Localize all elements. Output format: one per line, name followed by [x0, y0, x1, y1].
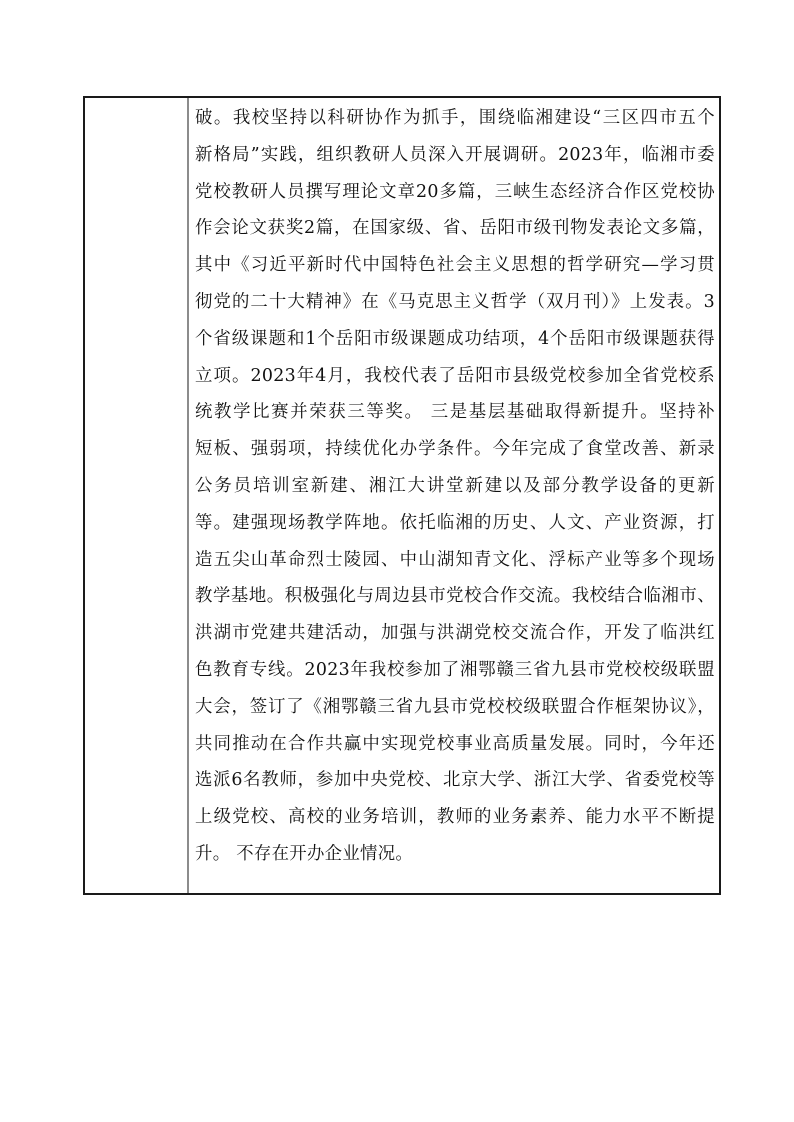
body-line: 公务员培训室新建、湘江大讲堂新建以及部分教学设备的更新 [195, 468, 715, 505]
body-line: 破。我校坚持以科研协作为抓手，围绕临湘建设“三区四市五个 [195, 100, 715, 137]
body-line: 共同推动在合作共赢中实现党校事业高质量发展。同时，今年还 [195, 726, 715, 763]
body-line: 大会，签订了《湘鄂赣三省九县市党校校级联盟合作框架协议》， [195, 689, 715, 726]
body-line: 色教育专线。2023年我校参加了湘鄂赣三省九县市党校校级联盟 [195, 652, 715, 689]
body-line: 彻党的二十大精神》在《马克思主义哲学（双月刊）》上发表。3 [195, 284, 715, 321]
content-cell: 破。我校坚持以科研协作为抓手，围绕临湘建设“三区四市五个 新格局”实践，组织教研… [189, 98, 719, 893]
body-line: 洪湖市党建共建活动，加强与洪湖党校交流合作，开发了临洪红 [195, 615, 715, 652]
body-line: 等。建强现场教学阵地。依托临湘的历史、人文、产业资源，打 [195, 505, 715, 542]
body-line: 作会论文获奖2篇，在国家级、省、岳阳市级刊物发表论文多篇， [195, 210, 715, 247]
label-cell [85, 98, 189, 893]
body-line-final: 升。 不存在开办企业情况。 [195, 836, 715, 873]
body-line: 选派6名教师，参加中央党校、北京大学、浙江大学、省委党校等 [195, 762, 715, 799]
body-line: 统教学比赛并荣获三等奖。 三是基层基础取得新提升。坚持补 [195, 394, 715, 431]
body-line: 造五尖山革命烈士陵园、中山湖知青文化、浮标产业等多个现场 [195, 542, 715, 579]
body-line: 新格局”实践，组织教研人员深入开展调研。2023年，临湘市委 [195, 137, 715, 174]
body-line: 党校教研人员撰写理论文章20多篇，三峡生态经济合作区党校协 [195, 174, 715, 211]
report-table: 破。我校坚持以科研协作为抓手，围绕临湘建设“三区四市五个 新格局”实践，组织教研… [83, 96, 721, 895]
body-line: 短板、强弱项，持续优化办学条件。今年完成了食堂改善、新录 [195, 431, 715, 468]
body-line: 个省级课题和1个岳阳市级课题成功结项，4个岳阳市级课题获得 [195, 321, 715, 358]
body-line: 立项。2023年4月，我校代表了岳阳市县级党校参加全省党校系 [195, 358, 715, 395]
body-line: 上级党校、高校的业务培训，教师的业务素养、能力水平不断提 [195, 799, 715, 836]
body-line: 教学基地。积极强化与周边县市党校合作交流。我校结合临湘市、 [195, 578, 715, 615]
document-page: 破。我校坚持以科研协作为抓手，围绕临湘建设“三区四市五个 新格局”实践，组织教研… [0, 0, 794, 1122]
body-line: 其中《习近平新时代中国特色社会主义思想的哲学研究—学习贯 [195, 247, 715, 284]
